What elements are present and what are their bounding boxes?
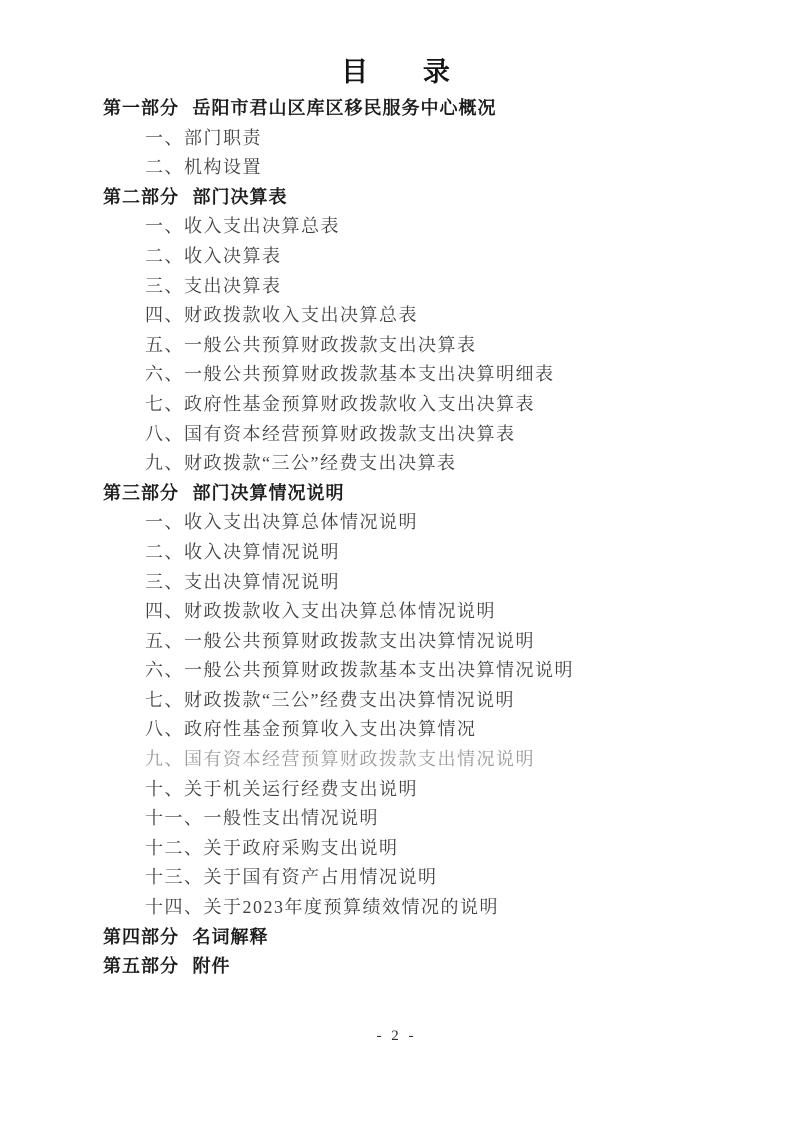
toc-item: 三、支出决算情况说明 (103, 568, 753, 598)
toc-list: 第一部分 岳阳市君山区库区移民服务中心概况一、部门职责二、机构设置第二部分 部门… (103, 94, 753, 982)
toc-section-heading: 第四部分 名词解释 (103, 923, 753, 953)
toc-item: 一、收入支出决算总表 (103, 212, 753, 242)
toc-section-heading: 第一部分 岳阳市君山区库区移民服务中心概况 (103, 94, 753, 124)
toc-item: 四、财政拨款收入支出决算总表 (103, 301, 753, 331)
toc-item: 二、收入决算表 (103, 242, 753, 272)
toc-section-heading: 第二部分 部门决算表 (103, 183, 753, 213)
toc-section-heading: 第三部分 部门决算情况说明 (103, 479, 753, 509)
toc-item: 十二、关于政府采购支出说明 (103, 834, 753, 864)
toc-item: 一、收入支出决算总体情况说明 (103, 508, 753, 538)
toc-item: 四、财政拨款收入支出决算总体情况说明 (103, 597, 753, 627)
toc-item: 二、机构设置 (103, 153, 753, 183)
toc-item: 五、一般公共预算财政拨款支出决算情况说明 (103, 627, 753, 657)
toc-item: 八、国有资本经营预算财政拨款支出决算表 (103, 420, 753, 450)
toc-item: 十、关于机关运行经费支出说明 (103, 775, 753, 805)
toc-item: 七、政府性基金预算财政拨款收入支出决算表 (103, 390, 753, 420)
toc-item: 六、一般公共预算财政拨款基本支出决算情况说明 (103, 656, 753, 686)
toc-item: 九、财政拨款“三公”经费支出决算表 (103, 449, 753, 479)
toc-section-heading: 第五部分 附件 (103, 952, 753, 982)
toc-item: 二、收入决算情况说明 (103, 538, 753, 568)
page-number: - 2 - (0, 1028, 793, 1045)
toc-item: 七、财政拨款“三公”经费支出决算情况说明 (103, 686, 753, 716)
document-page: 目 录 第一部分 岳阳市君山区库区移民服务中心概况一、部门职责二、机构设置第二部… (0, 0, 793, 1122)
toc-item: 一、部门职责 (103, 124, 753, 154)
toc-item: 十一、一般性支出情况说明 (103, 804, 753, 834)
page-title: 目 录 (0, 50, 793, 89)
toc-item: 八、政府性基金预算收入支出决算情况 (103, 715, 753, 745)
toc-item: 十四、关于2023年度预算绩效情况的说明 (103, 893, 753, 923)
toc-item: 五、一般公共预算财政拨款支出决算表 (103, 331, 753, 361)
toc-item: 六、一般公共预算财政拨款基本支出决算明细表 (103, 360, 753, 390)
toc-item: 三、支出决算表 (103, 272, 753, 302)
toc-item: 十三、关于国有资产占用情况说明 (103, 863, 753, 893)
toc-item: 九、国有资本经营预算财政拨款支出情况说明 (103, 745, 753, 775)
